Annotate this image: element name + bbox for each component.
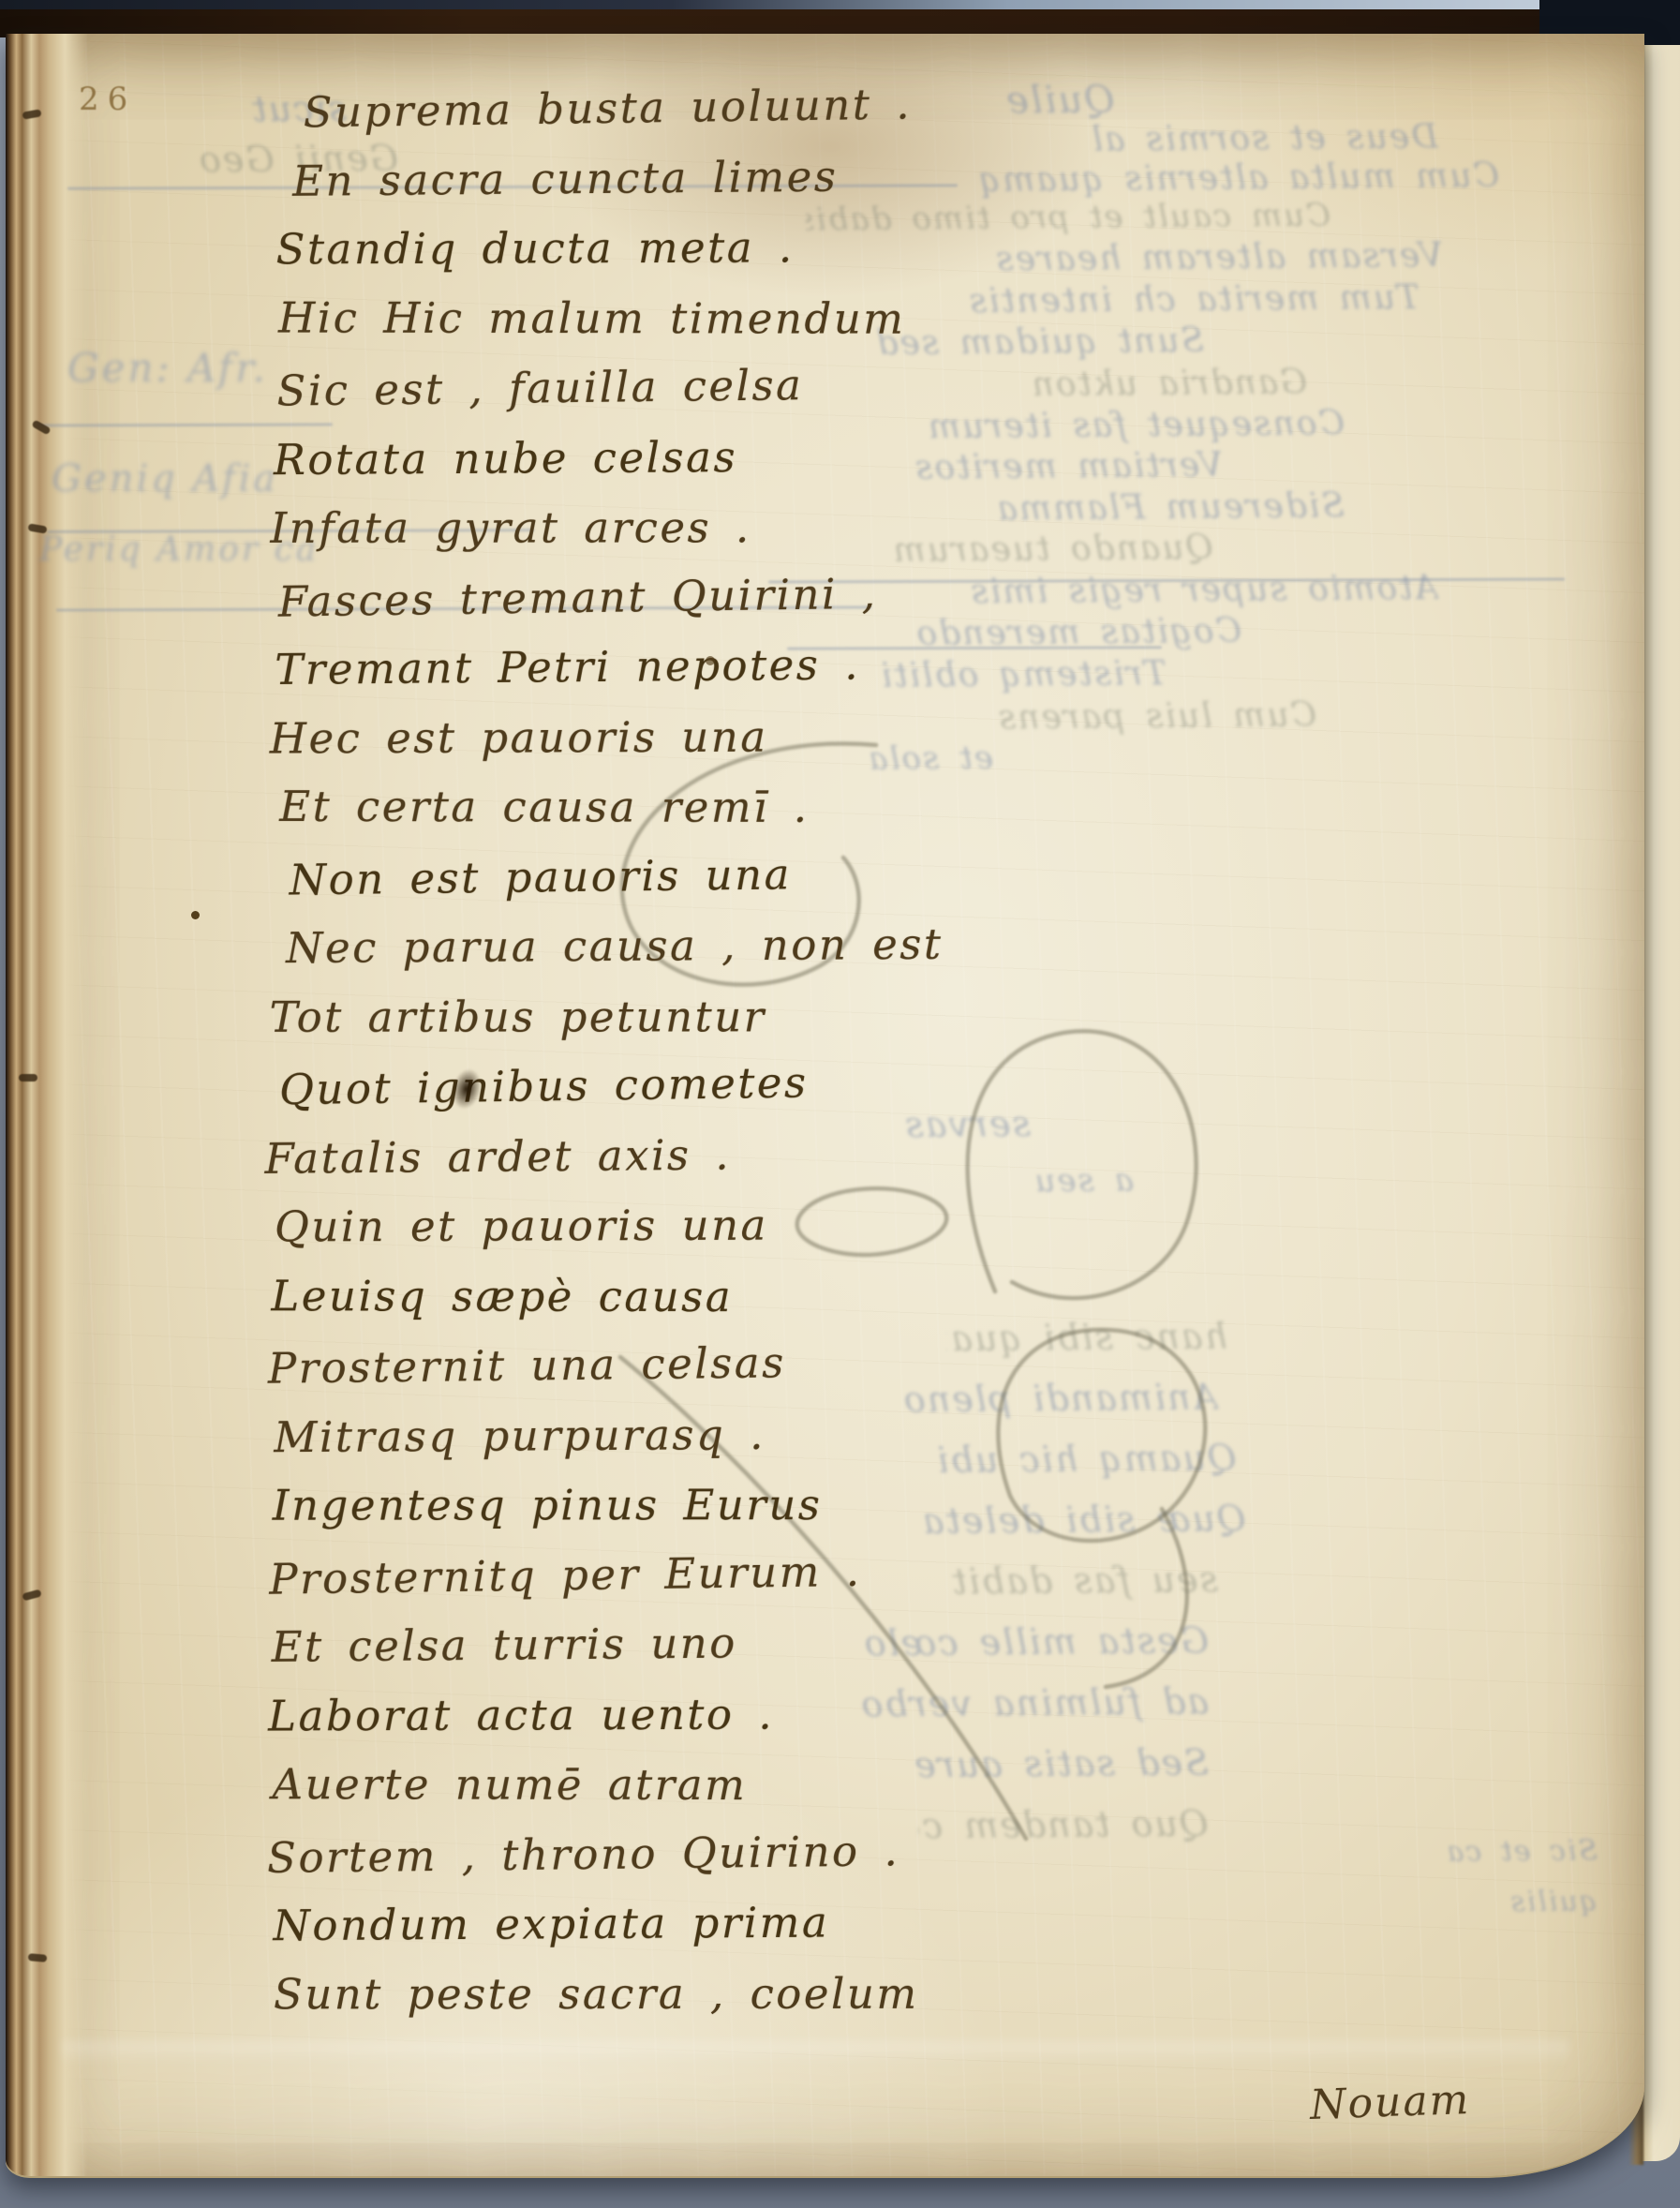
- poem-line: Hec est pauoris una: [270, 711, 768, 763]
- poem-line: Rotata nube celsas: [274, 432, 737, 485]
- poem-line: Tot artibus petuntur: [270, 992, 766, 1041]
- poem-line: Non est pauoris una: [289, 849, 792, 904]
- book-cover-edge: [0, 6, 1680, 37]
- scanned-book-page: QuileDeus et sormis alCum multa alternis…: [0, 0, 1680, 2208]
- poem-line: Prosternit una celsas: [268, 1337, 786, 1393]
- poem-line: Et celsa turris uno: [271, 1619, 737, 1672]
- page-number: 26: [79, 81, 136, 118]
- poem-text: Suprema busta uoluunt .En sacra cuncta l…: [245, 80, 1288, 2073]
- catchword: Nouam: [1309, 2076, 1471, 2129]
- adjacent-page-edge: [1641, 43, 1680, 2161]
- binding-stitch: [28, 1953, 48, 1962]
- poem-line: Sunt peste sacra , coelum: [274, 1968, 919, 2019]
- poem-line: Auerte numē atram: [273, 1759, 748, 1810]
- ink-dot: [191, 911, 200, 919]
- manuscript-page: QuileDeus et sormis alCum multa alternis…: [6, 34, 1644, 2178]
- poem-line: En sacra cuncta limes: [292, 151, 839, 205]
- poem-line: Infata gyrat arces .: [270, 502, 751, 552]
- poem-line: Tremant Petri nepotes .: [275, 640, 860, 694]
- binding-stitch: [19, 1074, 37, 1082]
- poem-line: Nondum expiata prima: [273, 1898, 829, 1951]
- ink-dot: [706, 656, 715, 665]
- poem-line: Mitrasq purpurasq .: [274, 1410, 766, 1462]
- poem-line: Quot ignibus cometes: [279, 1058, 809, 1115]
- poem-line: Fatalis ardet axis .: [264, 1129, 731, 1183]
- poem-line: Prosternitq per Eurum .: [269, 1545, 862, 1604]
- poem-line: Sortem , throno Quirino .: [267, 1826, 900, 1883]
- poem-line: Standiq ducta meta .: [276, 223, 795, 275]
- poem-line: Leuisq sæpè causa: [271, 1271, 733, 1321]
- poem-line: Ingentesq pinus Eurus: [273, 1480, 823, 1530]
- scanner-top-edge: [0, 0, 1680, 9]
- poem-line: Fasces tremant Quirini ,: [278, 568, 878, 626]
- poem-line: Hic Hic malum timendum: [278, 292, 905, 343]
- poem-line: Suprema busta uoluunt .: [303, 79, 912, 137]
- poem-line: Et certa causa remī .: [279, 782, 809, 832]
- poem-line: Laborat acta uento .: [268, 1689, 774, 1740]
- poem-line: Nec parua causa , non est: [286, 919, 944, 973]
- poem-line: Sic est , fauilla celsa: [276, 360, 803, 415]
- poem-line: Quin et pauoris una: [275, 1201, 768, 1252]
